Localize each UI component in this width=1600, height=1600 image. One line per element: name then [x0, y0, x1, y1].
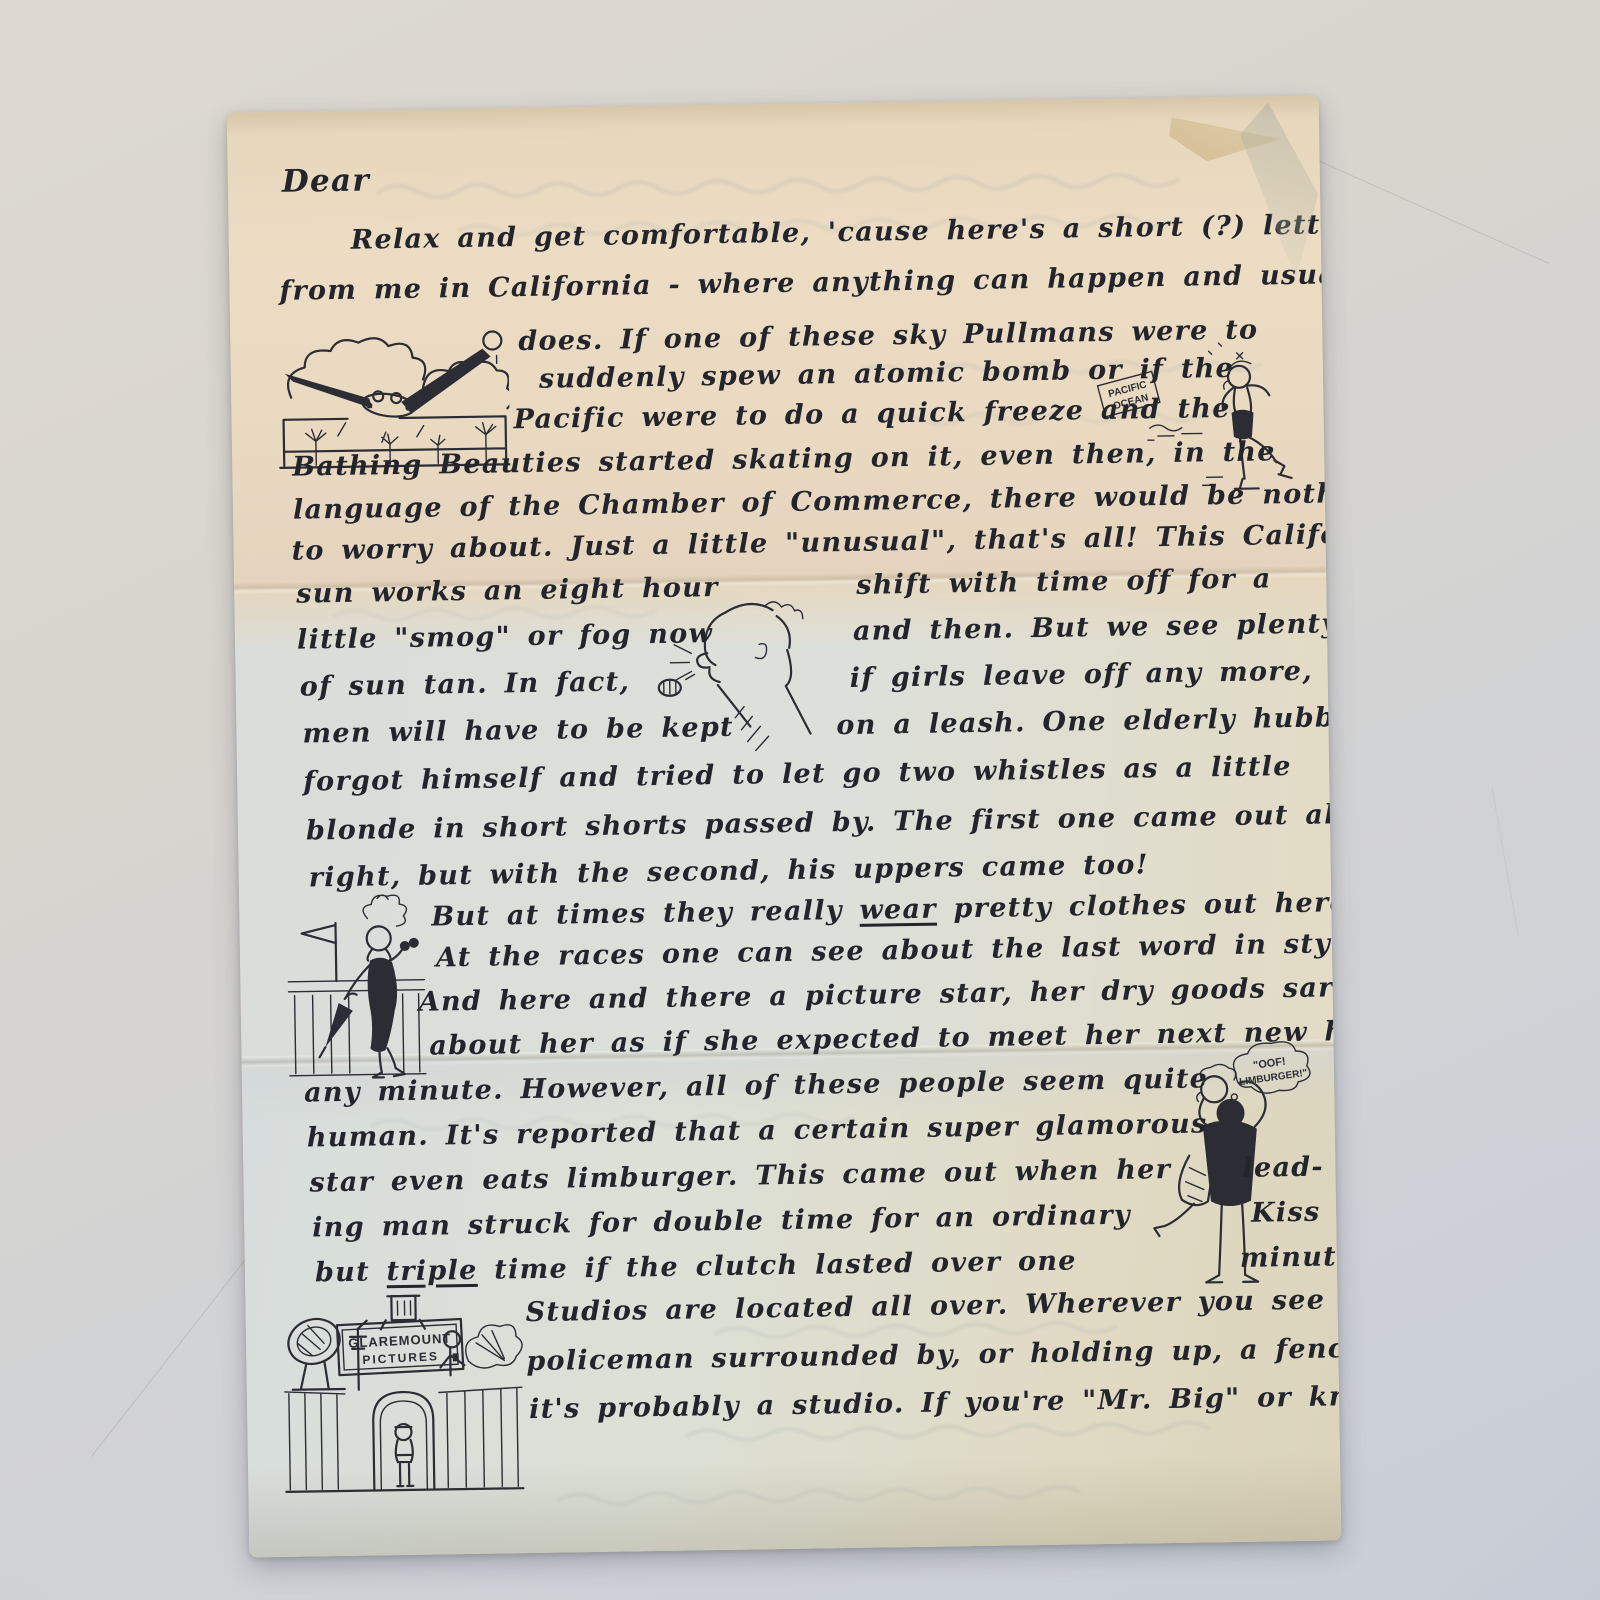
line-25-pre: but [315, 1256, 387, 1288]
studio-guard [395, 1424, 413, 1486]
glaremount-sign: GLAREMOUNT PICTURES [337, 1319, 463, 1375]
line-25-underlined-word: triple [386, 1255, 478, 1287]
line-17-underlined-word: wear [859, 894, 937, 926]
studio-sign-line2: PICTURES [362, 1349, 439, 1367]
letter-line-24b: Kiss [1251, 1197, 1321, 1229]
letter-line-12a: of sun tan. In fact, [300, 666, 631, 702]
letter-paper: PACIFIC OCEAN [227, 96, 1342, 1558]
rooftop-vent [380, 1296, 425, 1330]
line-17-post: pretty clothes out here! [937, 887, 1342, 925]
letter-line-11a: little "smog" or fog now [297, 618, 714, 656]
letter-salutation: Dear [282, 162, 371, 199]
letter-line-23b: lead- [1242, 1152, 1324, 1184]
limburger-speech-bubble: "OOF! LIMBURGER!" [1224, 1041, 1310, 1108]
woman-at-races-illustration [285, 894, 428, 1085]
letter-line-10b: shift with time off for a [856, 563, 1272, 601]
letter-line-10a: sun works an eight hour [296, 572, 719, 610]
surface-scratch [1491, 787, 1518, 935]
searchlight [282, 1312, 346, 1390]
surface-scratch [1311, 157, 1549, 264]
bubble-text-line2: LIMBURGER!" [1239, 1068, 1309, 1088]
studio-gate-illustration: GLAREMOUNT PICTURES [279, 1290, 527, 1503]
bubble-text-line1: "OOF! [1252, 1056, 1286, 1072]
letter-line-25b: minute. [1240, 1241, 1342, 1274]
photo-of-letter: { "letter": { "l01": "Dear", "l02": "Rel… [0, 0, 1600, 1600]
foliage-and-worker [440, 1325, 523, 1376]
